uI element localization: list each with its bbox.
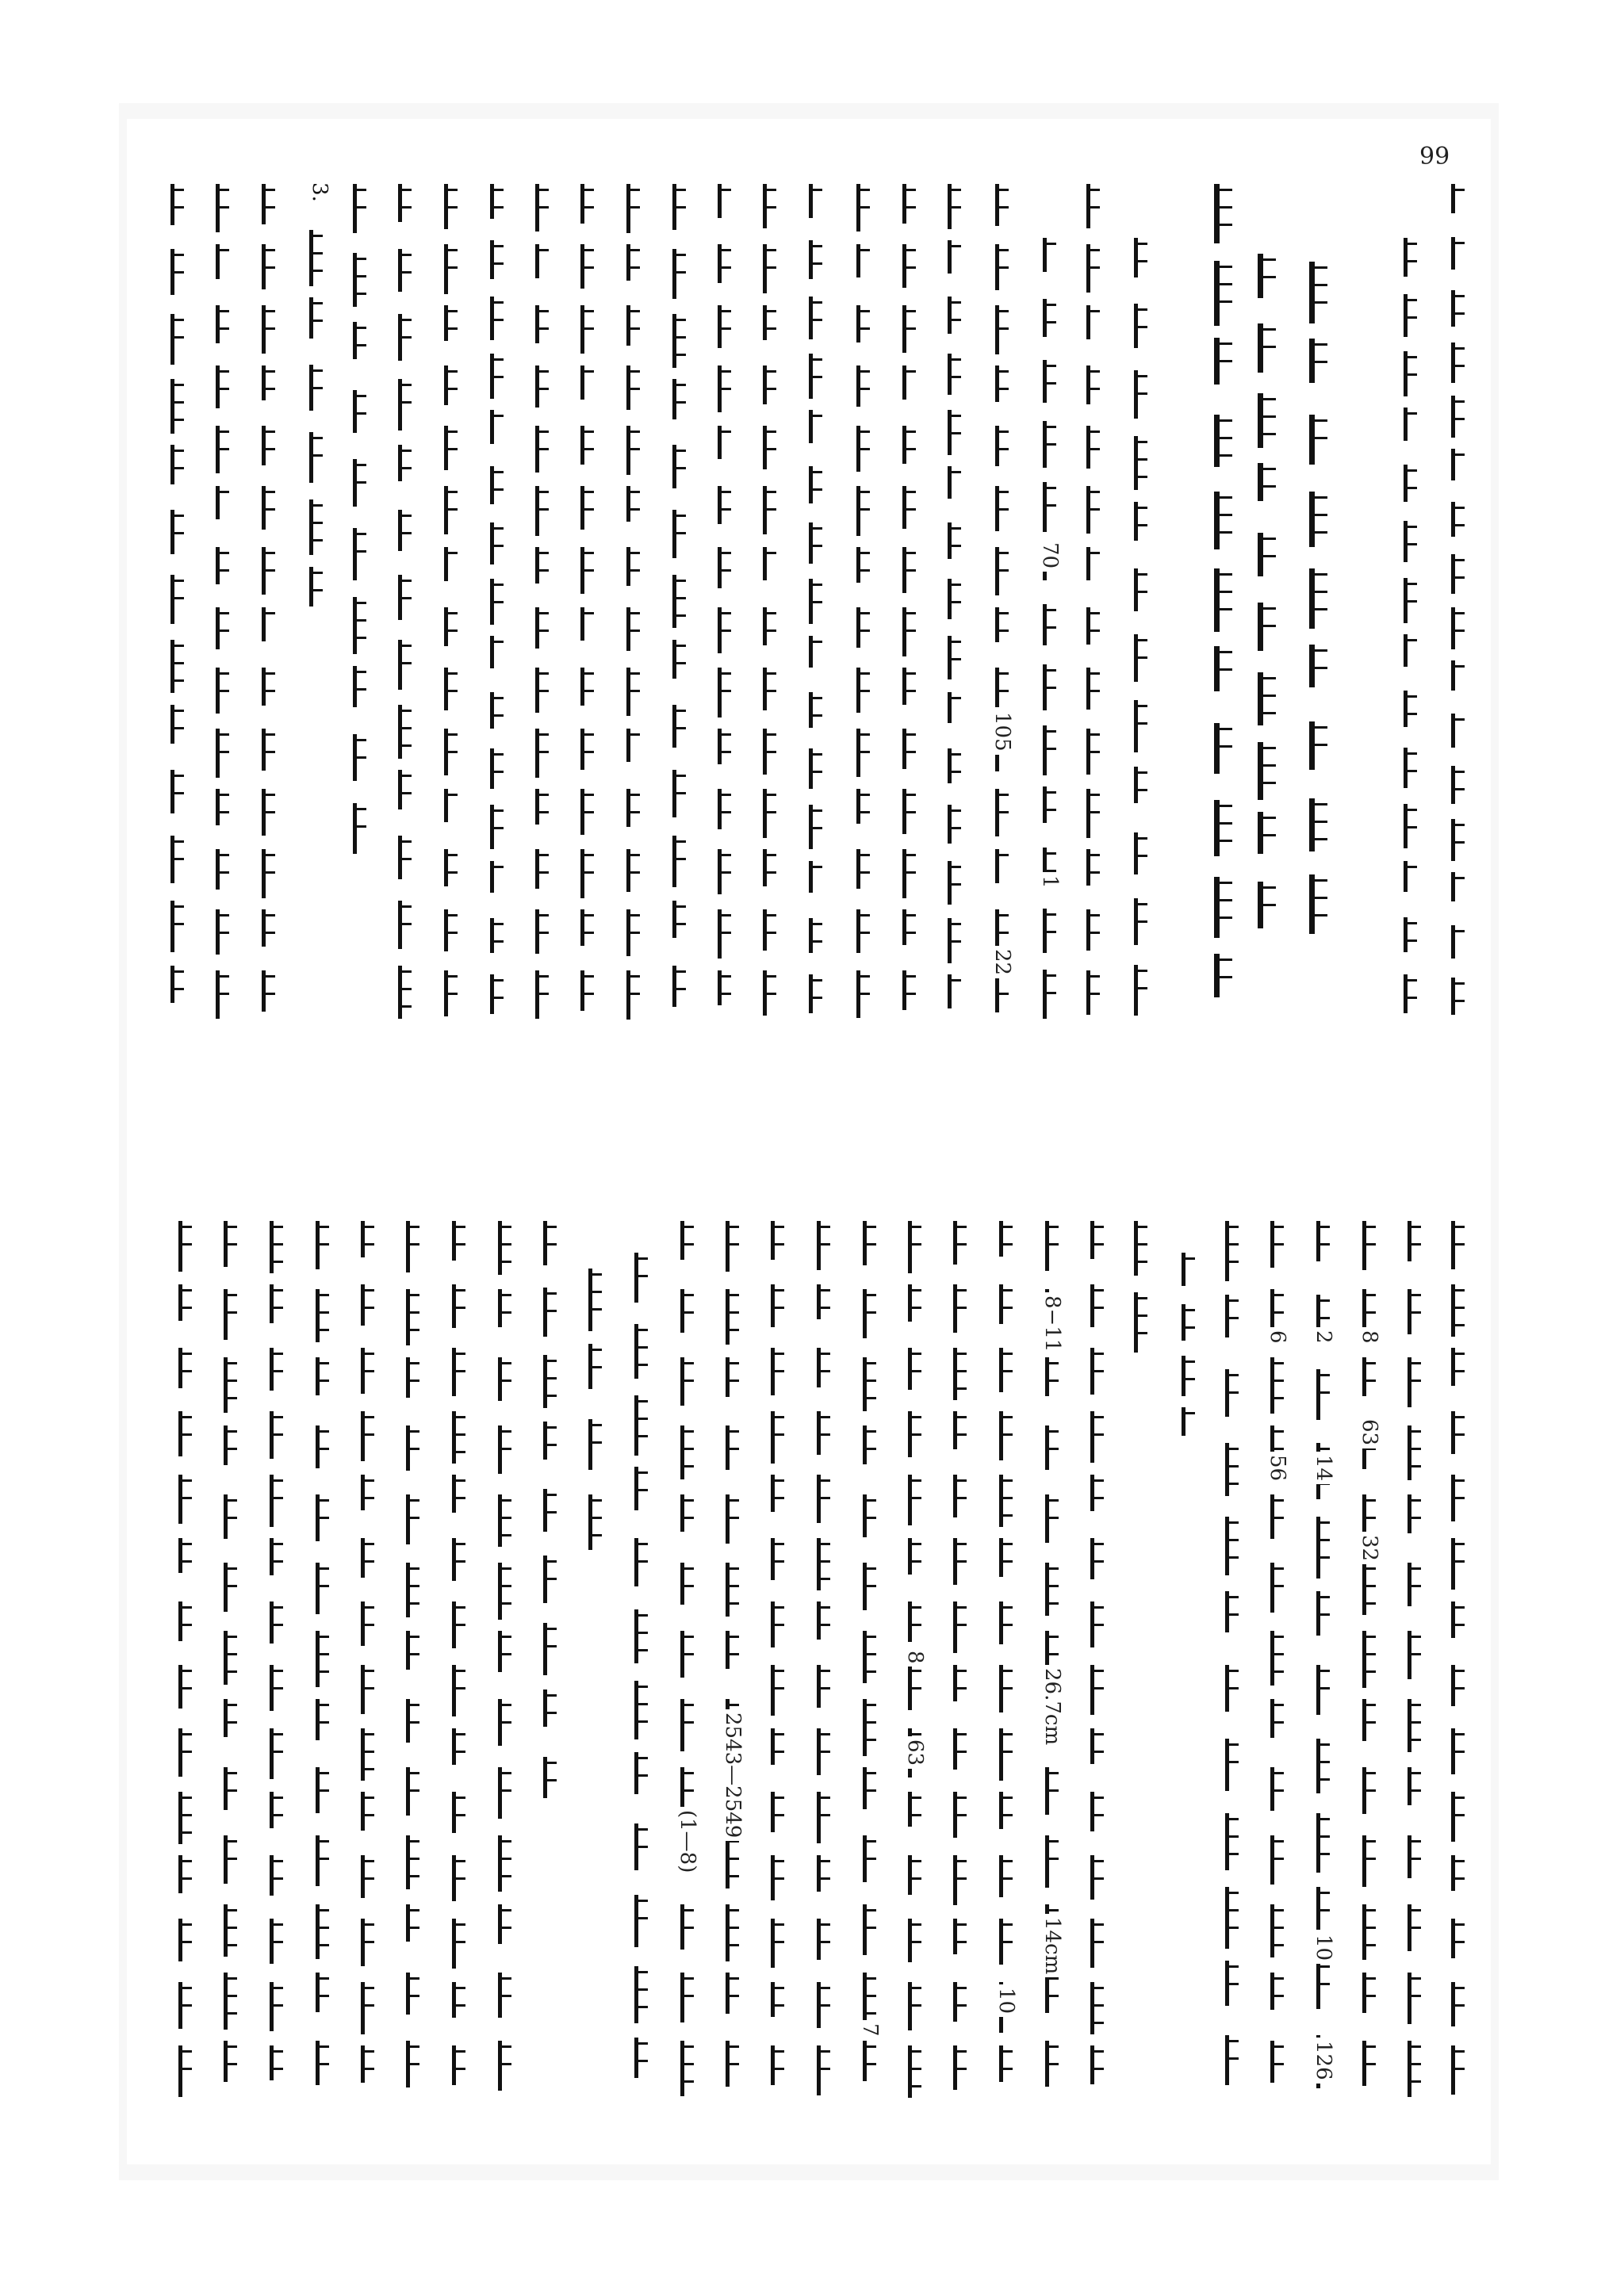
mongolian-word bbox=[270, 2045, 285, 2080]
mongolian-word bbox=[535, 789, 551, 825]
mongolian-word bbox=[1045, 1425, 1061, 1469]
mongolian-word bbox=[262, 970, 278, 1012]
mongolian-word bbox=[535, 547, 551, 584]
mongolian-word bbox=[1043, 664, 1059, 710]
mongolian-word bbox=[216, 789, 232, 825]
text-line bbox=[580, 1269, 612, 1570]
mongolian-word bbox=[535, 849, 551, 889]
mongolian-word bbox=[1408, 1494, 1423, 1533]
mongolian-word bbox=[490, 974, 506, 1014]
mongolian-word bbox=[361, 1538, 377, 1578]
mongolian-word bbox=[1086, 486, 1102, 534]
mongolian-word bbox=[626, 184, 642, 233]
mongolian-word bbox=[224, 1904, 239, 1957]
mongolian-word bbox=[444, 426, 460, 470]
mongolian-word bbox=[908, 1919, 924, 1962]
mongolian-word bbox=[948, 918, 963, 963]
mongolian-word bbox=[1258, 254, 1278, 298]
mongolian-word bbox=[672, 770, 688, 817]
mongolian-word bbox=[771, 1221, 787, 1260]
mongolian-word bbox=[353, 528, 369, 580]
mongolian-word bbox=[1404, 634, 1419, 667]
mongolian-word bbox=[498, 1904, 514, 1945]
mongolian-word bbox=[771, 1538, 787, 1580]
mongolian-word bbox=[1182, 1253, 1197, 1286]
mongolian-word bbox=[216, 365, 232, 408]
mongolian-word bbox=[535, 244, 551, 278]
mongolian-word bbox=[398, 379, 414, 430]
mongolian-word bbox=[543, 1221, 559, 1265]
mongolian-word bbox=[270, 1855, 285, 1896]
mongolian-word bbox=[1316, 1813, 1332, 1873]
mongolian-word bbox=[543, 1689, 559, 1726]
mongolian-word bbox=[856, 365, 872, 408]
mongolian-word bbox=[406, 1357, 422, 1398]
text-line bbox=[163, 184, 194, 1031]
inline-number: (1—8) bbox=[676, 1807, 699, 1876]
mongolian-word bbox=[353, 390, 369, 433]
mongolian-word bbox=[1045, 1221, 1061, 1271]
mongolian-word bbox=[580, 789, 596, 835]
text-line bbox=[940, 184, 971, 1031]
mongolian-word bbox=[178, 1475, 194, 1524]
mongolian-word bbox=[1086, 970, 1102, 1015]
mongolian-word bbox=[771, 1919, 787, 1968]
mongolian-word bbox=[672, 901, 688, 938]
mongolian-word bbox=[270, 1728, 285, 1779]
mongolian-word bbox=[908, 1982, 924, 2030]
mongolian-word bbox=[902, 305, 918, 353]
mongolian-word bbox=[771, 1982, 787, 2017]
mongolian-word bbox=[361, 1284, 377, 1326]
mongolian-word bbox=[1182, 1304, 1197, 1341]
inline-number: 26.7cm bbox=[1040, 1665, 1064, 1748]
mongolian-word bbox=[948, 466, 963, 499]
mongolian-word bbox=[535, 486, 551, 535]
mongolian-word bbox=[863, 1494, 879, 1537]
mongolian-word bbox=[1043, 725, 1059, 775]
mongolian-word bbox=[1086, 668, 1102, 710]
mongolian-word bbox=[178, 2045, 194, 2097]
mongolian-word bbox=[498, 1425, 514, 1473]
mongolian-word bbox=[178, 1348, 194, 1388]
inline-number: 63 bbox=[903, 1736, 927, 1769]
mongolian-word bbox=[316, 1221, 331, 1269]
mongolian-word bbox=[763, 547, 779, 581]
inline-number: 10 bbox=[994, 1984, 1018, 2017]
mongolian-word bbox=[995, 426, 1011, 466]
mongolian-word bbox=[948, 579, 963, 619]
mongolian-word bbox=[863, 1699, 879, 1756]
mongolian-word bbox=[1362, 1904, 1378, 1961]
mongolian-word bbox=[1134, 436, 1150, 490]
mongolian-word bbox=[908, 1475, 924, 1525]
mongolian-word bbox=[444, 486, 460, 534]
mongolian-word bbox=[1045, 1357, 1061, 1396]
mongolian-word bbox=[908, 1855, 924, 1895]
mongolian-word bbox=[361, 1919, 377, 1966]
mongolian-word bbox=[718, 789, 733, 829]
mongolian-word bbox=[863, 1357, 879, 1411]
mongolian-word bbox=[1090, 2045, 1106, 2084]
text-line bbox=[444, 1221, 476, 2109]
mongolian-word bbox=[498, 1357, 514, 1400]
mongolian-word bbox=[1451, 237, 1467, 270]
mongolian-word bbox=[953, 1601, 969, 1653]
mongolian-word bbox=[1258, 882, 1278, 928]
mongolian-word bbox=[178, 1601, 194, 1641]
mongolian-word bbox=[1309, 568, 1330, 629]
mongolian-word bbox=[1451, 925, 1467, 959]
text-line: 10522 bbox=[987, 184, 1019, 1031]
mongolian-word bbox=[1362, 1357, 1378, 1395]
mongolian-word bbox=[817, 1538, 833, 1590]
mongolian-word bbox=[763, 184, 779, 228]
mongolian-word bbox=[626, 607, 642, 651]
mongolian-word bbox=[1316, 1591, 1332, 1636]
mongolian-word bbox=[406, 1494, 422, 1544]
mongolian-word bbox=[490, 692, 506, 729]
mongolian-word bbox=[817, 1475, 833, 1523]
mongolian-word bbox=[270, 1348, 285, 1391]
mongolian-word bbox=[406, 2041, 422, 2087]
mongolian-word bbox=[634, 1609, 650, 1663]
mongolian-word bbox=[1225, 1591, 1241, 1632]
mongolian-word bbox=[444, 970, 460, 1016]
mongolian-word bbox=[398, 901, 414, 950]
mongolian-word bbox=[262, 365, 278, 400]
mongolian-word bbox=[626, 426, 642, 475]
mongolian-word bbox=[1451, 872, 1467, 901]
mongolian-word bbox=[361, 1982, 377, 2034]
mongolian-word bbox=[543, 1288, 559, 1337]
mongolian-word bbox=[863, 1221, 879, 1265]
mongolian-word bbox=[406, 1835, 422, 1888]
mongolian-word bbox=[270, 1475, 285, 1527]
mongolian-word bbox=[361, 1221, 377, 1257]
mongolian-word bbox=[1316, 1665, 1332, 1715]
mongolian-word bbox=[444, 729, 460, 776]
mongolian-word bbox=[1451, 184, 1467, 213]
mongolian-word bbox=[763, 909, 779, 951]
mongolian-word bbox=[680, 1357, 696, 1406]
mongolian-word bbox=[1134, 502, 1150, 540]
mongolian-word bbox=[726, 1289, 741, 1345]
mongolian-word bbox=[1225, 1961, 1241, 2006]
mongolian-word bbox=[995, 849, 1011, 883]
mongolian-word bbox=[490, 918, 506, 954]
mongolian-word bbox=[1362, 1767, 1378, 1814]
mongolian-word bbox=[224, 1425, 239, 1465]
mongolian-word bbox=[1404, 748, 1419, 788]
mongolian-word bbox=[908, 1221, 924, 1273]
mongolian-word bbox=[1134, 370, 1150, 419]
mongolian-word bbox=[999, 1792, 1015, 1829]
mongolian-word bbox=[498, 1699, 514, 1746]
mongolian-word bbox=[543, 1489, 559, 1532]
mongolian-word bbox=[672, 640, 688, 678]
mongolian-word bbox=[580, 486, 596, 529]
mongolian-word bbox=[902, 244, 918, 288]
mongolian-word bbox=[1225, 1813, 1241, 1870]
mongolian-word bbox=[1090, 1411, 1106, 1463]
mongolian-word bbox=[763, 607, 779, 645]
mongolian-word bbox=[856, 668, 872, 712]
mongolian-word bbox=[999, 1728, 1015, 1781]
mongolian-word bbox=[718, 729, 733, 765]
mongolian-word bbox=[498, 2041, 514, 2091]
text-line bbox=[945, 1221, 977, 2109]
mongolian-word bbox=[1134, 238, 1150, 277]
mongolian-word bbox=[1225, 1295, 1241, 1337]
text-line: 10 bbox=[991, 1221, 1023, 2109]
mongolian-word bbox=[809, 748, 825, 789]
page-number: 99 bbox=[1419, 143, 1450, 170]
mongolian-word bbox=[406, 1631, 422, 1670]
mongolian-word bbox=[1404, 861, 1419, 892]
mongolian-word bbox=[1270, 1699, 1286, 1738]
mongolian-word bbox=[316, 1631, 331, 1688]
mongolian-word bbox=[902, 365, 918, 400]
mongolian-word bbox=[309, 499, 325, 555]
text-line bbox=[1082, 1221, 1114, 2109]
text-line: 7 bbox=[855, 1221, 887, 2109]
mongolian-word bbox=[1270, 1973, 1286, 2010]
mongolian-word bbox=[1182, 1407, 1197, 1436]
mongolian-word bbox=[1316, 1221, 1332, 1261]
mongolian-word bbox=[902, 909, 918, 945]
mongolian-word bbox=[763, 729, 779, 775]
mongolian-word bbox=[216, 426, 232, 473]
inline-number: 22 bbox=[990, 946, 1014, 978]
mongolian-word bbox=[902, 607, 918, 656]
mongolian-word bbox=[948, 748, 963, 783]
mongolian-word bbox=[580, 849, 596, 898]
text-line bbox=[490, 1221, 522, 2109]
mongolian-word bbox=[1214, 646, 1235, 691]
mongolian-word bbox=[718, 849, 733, 894]
mongolian-word bbox=[718, 668, 733, 717]
mongolian-word bbox=[498, 1835, 514, 1892]
text-line: 63832 bbox=[1354, 1221, 1386, 2109]
mongolian-word bbox=[995, 244, 1011, 290]
mongolian-word bbox=[626, 365, 642, 410]
mongolian-word bbox=[809, 918, 825, 953]
mongolian-word bbox=[1225, 2035, 1241, 2085]
text-line bbox=[1174, 1253, 1205, 1459]
mongolian-word bbox=[1404, 294, 1419, 337]
mongolian-word bbox=[1451, 607, 1467, 649]
mongolian-word bbox=[1134, 767, 1150, 804]
mongolian-word bbox=[1258, 812, 1278, 854]
inline-number: 126 bbox=[1312, 2038, 1335, 2084]
mongolian-word bbox=[1316, 1961, 1332, 2009]
mongolian-word bbox=[809, 805, 825, 849]
mongolian-word bbox=[948, 861, 963, 904]
mongolian-word bbox=[224, 2041, 239, 2083]
mongolian-word bbox=[1408, 1904, 1423, 1951]
mongolian-word bbox=[1225, 1887, 1241, 1949]
mongolian-word bbox=[490, 297, 506, 339]
inline-number: 70 bbox=[1038, 539, 1062, 572]
mongolian-word bbox=[1214, 954, 1235, 997]
mongolian-word bbox=[1408, 1973, 1423, 2024]
mongolian-word bbox=[680, 1425, 696, 1479]
mongolian-word bbox=[672, 966, 688, 1008]
mongolian-word bbox=[170, 510, 186, 554]
mongolian-word bbox=[771, 2045, 787, 2085]
mongolian-word bbox=[1451, 1538, 1467, 1590]
text-line bbox=[573, 184, 604, 1031]
mongolian-word bbox=[1043, 604, 1059, 645]
mongolian-word bbox=[588, 1419, 604, 1470]
mongolian-word bbox=[1043, 482, 1059, 532]
mongolian-word bbox=[224, 1289, 239, 1340]
mongolian-word bbox=[726, 1631, 741, 1669]
mongolian-word bbox=[626, 970, 642, 1020]
inline-number: 8 bbox=[903, 1647, 927, 1667]
mongolian-word bbox=[535, 909, 551, 954]
inline-number: 2 bbox=[1312, 1327, 1335, 1347]
mongolian-word bbox=[1451, 502, 1467, 538]
mongolian-word bbox=[498, 1221, 514, 1275]
mongolian-word bbox=[995, 365, 1011, 402]
text-line bbox=[763, 1221, 795, 2109]
mongolian-word bbox=[1258, 393, 1278, 448]
mongolian-word bbox=[1225, 1665, 1241, 1712]
mongolian-word bbox=[809, 522, 825, 564]
text-line bbox=[398, 1221, 430, 2109]
mongolian-word bbox=[535, 668, 551, 713]
mongolian-word bbox=[316, 1767, 331, 1813]
mongolian-word bbox=[1214, 492, 1235, 549]
mongolian-word bbox=[1451, 1855, 1467, 1891]
mongolian-word bbox=[1090, 1348, 1106, 1395]
mongolian-word bbox=[262, 486, 278, 530]
mongolian-word bbox=[398, 510, 414, 551]
mongolian-word bbox=[1134, 965, 1150, 1016]
mongolian-word bbox=[398, 966, 414, 1019]
mongolian-word bbox=[398, 314, 414, 361]
mongolian-word bbox=[999, 1411, 1015, 1460]
mongolian-word bbox=[1362, 1699, 1378, 1741]
mongolian-word bbox=[1316, 1369, 1332, 1420]
mongolian-word bbox=[1043, 786, 1059, 822]
mongolian-word bbox=[1451, 1284, 1467, 1337]
mongolian-word bbox=[863, 1835, 879, 1882]
inline-number: 14 bbox=[1312, 1452, 1335, 1484]
mongolian-word bbox=[1451, 1982, 1467, 2026]
mongolian-word bbox=[953, 1284, 969, 1333]
mongolian-word bbox=[680, 1904, 696, 1950]
mongolian-word bbox=[262, 244, 278, 289]
mongolian-word bbox=[490, 636, 506, 668]
mongolian-word bbox=[1408, 1767, 1423, 1804]
mongolian-word bbox=[856, 849, 872, 889]
mongolian-word bbox=[1270, 1221, 1286, 1268]
mongolian-word bbox=[718, 365, 733, 413]
mongolian-word bbox=[270, 1601, 285, 1644]
mongolian-word bbox=[1090, 1919, 1106, 1968]
mongolian-word bbox=[856, 184, 872, 232]
mongolian-word bbox=[863, 1289, 879, 1338]
mongolian-word bbox=[398, 184, 414, 222]
mongolian-word bbox=[726, 1221, 741, 1272]
mongolian-word bbox=[1316, 1517, 1332, 1578]
mongolian-word bbox=[309, 297, 325, 339]
mongolian-word bbox=[452, 1475, 468, 1513]
mongolian-word bbox=[995, 486, 1011, 530]
mongolian-word bbox=[361, 1728, 377, 1781]
mongolian-word bbox=[444, 789, 460, 822]
mongolian-word bbox=[406, 1289, 422, 1345]
mongolian-word bbox=[1404, 691, 1419, 727]
mongolian-word bbox=[1214, 723, 1235, 774]
mongolian-word bbox=[726, 1494, 741, 1544]
mongolian-word bbox=[1090, 1665, 1106, 1715]
mongolian-word bbox=[216, 184, 232, 232]
mongolian-word bbox=[1045, 1835, 1061, 1887]
mongolian-word bbox=[178, 1221, 194, 1272]
mongolian-word bbox=[953, 1919, 969, 1954]
mongolian-word bbox=[1316, 1887, 1332, 1930]
mongolian-word bbox=[316, 1357, 331, 1395]
mongolian-word bbox=[262, 849, 278, 898]
mongolian-word bbox=[953, 1411, 969, 1449]
mongolian-word bbox=[316, 1494, 331, 1541]
mongolian-word bbox=[1451, 554, 1467, 593]
mongolian-word bbox=[1451, 660, 1467, 691]
mongolian-word bbox=[316, 1973, 331, 2012]
mongolian-word bbox=[224, 1835, 239, 1883]
mongolian-word bbox=[763, 244, 779, 293]
mongolian-word bbox=[1316, 1739, 1332, 1793]
mongolian-word bbox=[1362, 2041, 1378, 2086]
mongolian-word bbox=[856, 909, 872, 953]
mongolian-word bbox=[856, 607, 872, 648]
mongolian-word bbox=[1090, 1475, 1106, 1511]
mongolian-word bbox=[535, 305, 551, 343]
mongolian-word bbox=[995, 607, 1011, 642]
mongolian-word bbox=[216, 305, 232, 344]
mongolian-word bbox=[170, 770, 186, 813]
mongolian-word bbox=[543, 1355, 559, 1409]
mongolian-word bbox=[953, 1792, 969, 1838]
mongolian-word bbox=[809, 579, 825, 624]
mongolian-word bbox=[316, 1563, 331, 1614]
mongolian-word bbox=[1086, 184, 1102, 228]
mongolian-word bbox=[726, 1563, 741, 1617]
mongolian-word bbox=[626, 486, 642, 521]
mongolian-word bbox=[1086, 426, 1102, 469]
mongolian-word bbox=[863, 1767, 879, 1809]
mongolian-word bbox=[995, 909, 1011, 947]
mongolian-word bbox=[999, 1538, 1015, 1577]
mongolian-word bbox=[1090, 1728, 1106, 1764]
mongolian-word bbox=[444, 365, 460, 405]
mongolian-word bbox=[856, 244, 872, 277]
mongolian-word bbox=[1045, 1973, 1061, 2014]
mongolian-word bbox=[856, 970, 872, 1018]
text-line bbox=[170, 1221, 202, 2109]
mongolian-word bbox=[1214, 800, 1235, 856]
text-line: 701 bbox=[1035, 238, 1067, 1031]
mongolian-word bbox=[680, 2041, 696, 2096]
mongolian-word bbox=[1258, 742, 1278, 800]
mongolian-word bbox=[902, 849, 918, 898]
mongolian-word bbox=[170, 379, 186, 433]
mongolian-word bbox=[216, 668, 232, 714]
